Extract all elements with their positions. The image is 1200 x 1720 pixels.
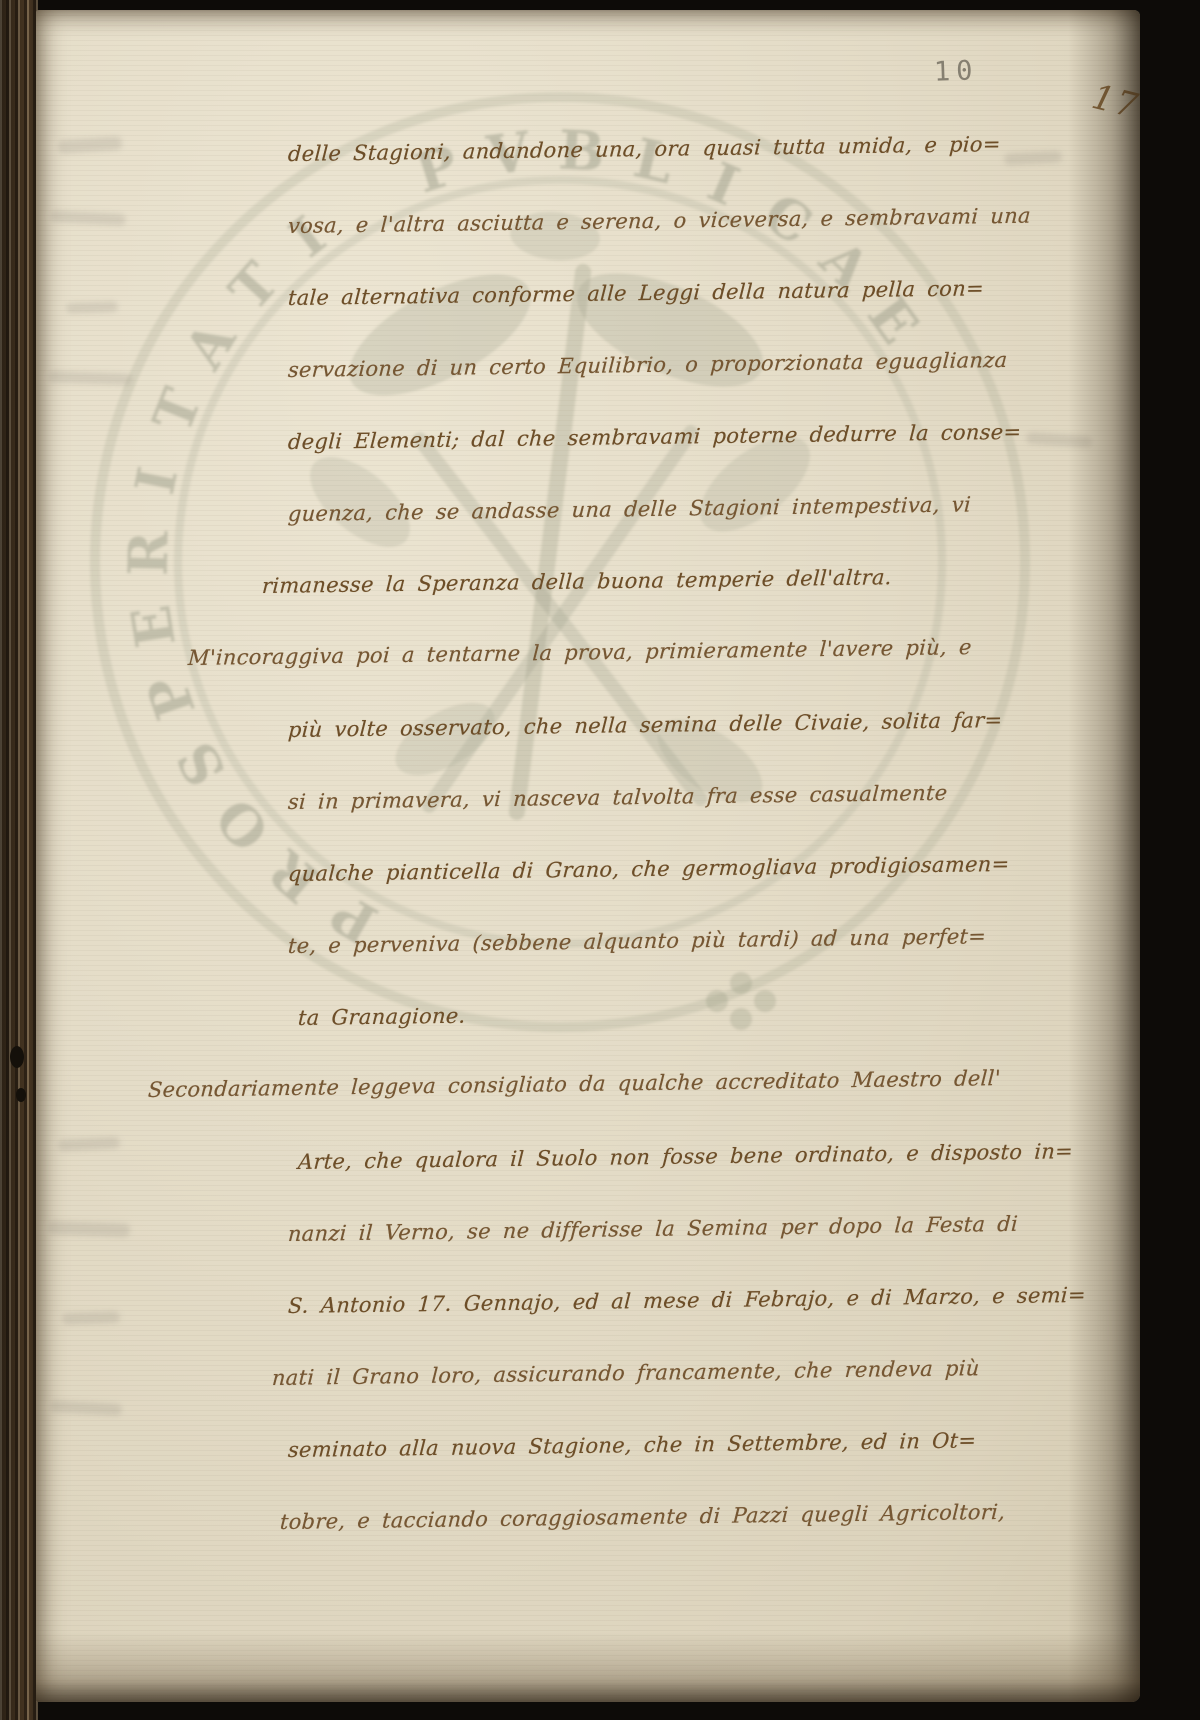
manuscript-line: degli Elementi; dal che sembravami poter…: [287, 420, 1022, 454]
manuscript-line: vosa, e l'altra asciutta e serena, o vic…: [287, 204, 1031, 238]
manuscript-line: si in primavera, vi nasceva talvolta fra…: [287, 781, 948, 814]
spine-speck: [10, 1046, 24, 1068]
manuscript-text-block: delle Stagioni, andandone una, ora quasi…: [36, 10, 1140, 1702]
manuscript-line: Arte, che qualora il Suolo non fosse ben…: [297, 1139, 1073, 1174]
manuscript-line: te, e perveniva (sebbene alquanto più ta…: [287, 924, 987, 958]
manuscript-line: tale alternativa conforme alle Leggi del…: [287, 276, 984, 310]
page-bottom-shadow: [36, 1632, 1140, 1702]
manuscript-line: M'incoraggiva poi a tentarne la prova, p…: [187, 635, 972, 670]
manuscript-line: tobre, e tacciando coraggiosamente di Pa…: [279, 1500, 1006, 1534]
manuscript-line: rimanesse la Speranza della buona temper…: [261, 565, 892, 598]
manuscript-line: più volte osservato, che nella semina de…: [287, 708, 1003, 742]
manuscript-line: guenza, che se andasse una delle Stagion…: [287, 492, 971, 526]
manuscript-line: Secondariamente leggeva consigliato da q…: [147, 1066, 1001, 1102]
manuscript-line: servazione di un certo Equilibrio, o pro…: [287, 348, 1008, 382]
spine-speck: [16, 1088, 26, 1102]
manuscript-line: nanzi il Verno, se ne differisse la Semi…: [287, 1212, 1018, 1246]
manuscript-line: qualche pianticella di Grano, che germog…: [287, 852, 1010, 886]
manuscript-line: S. Antonio 17. Gennajo, ed al mese di Fe…: [287, 1283, 1086, 1318]
page-edge-shadow: [1068, 10, 1140, 1702]
manuscript-line: ta Granagione.: [297, 1004, 466, 1030]
manuscript-line: delle Stagioni, andandone una, ora quasi…: [287, 132, 1001, 166]
book-spine: [0, 0, 38, 1720]
manuscript-page: PROSPERITATI PVBLICAE 10 17 delle Stagio…: [36, 10, 1140, 1702]
manuscript-line: seminato alla nuova Stagione, che in Set…: [287, 1428, 977, 1462]
manuscript-line: nati il Grano loro, assicurando francame…: [271, 1356, 980, 1390]
